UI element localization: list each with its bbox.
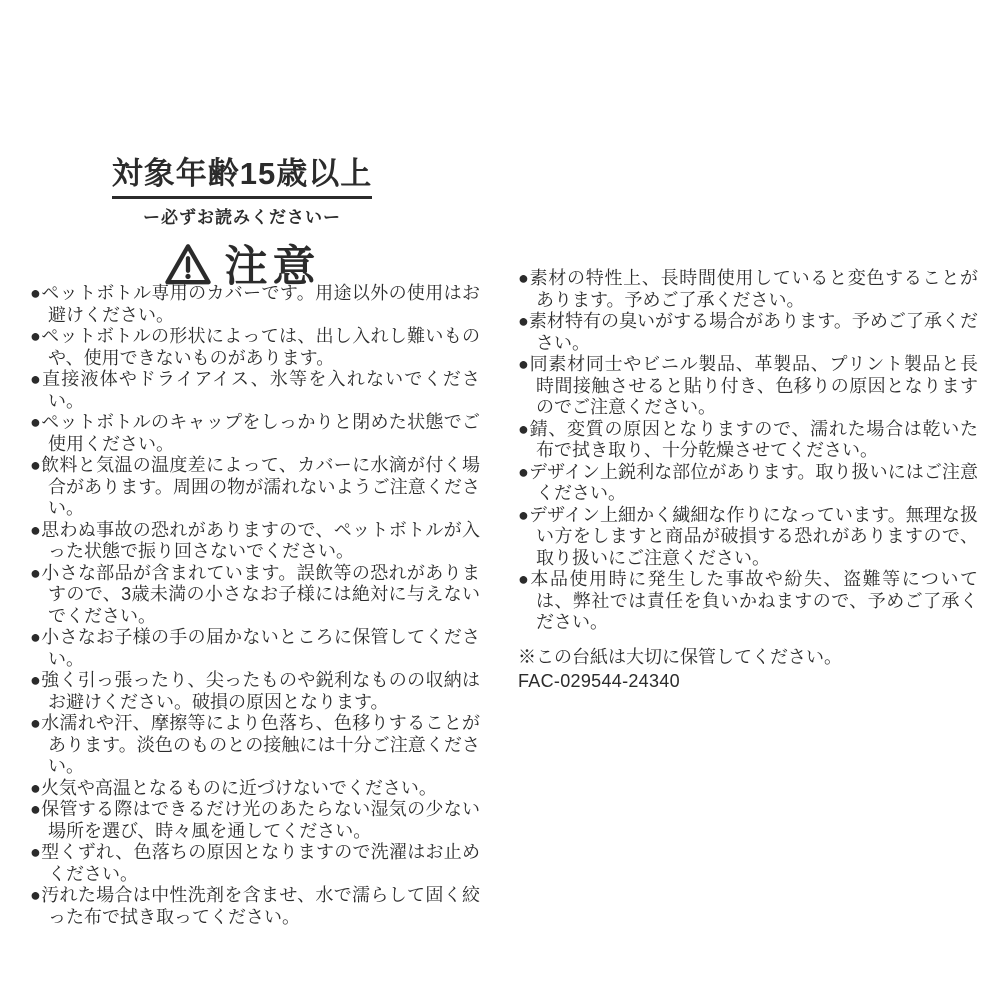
caution-item: ●素材特有の臭いがする場合があります。予めご了承ください。 [518, 311, 978, 354]
caution-item: ●錆、変質の原因となりますので、濡れた場合は乾いた布で拭き取り、十分乾燥させてく… [518, 419, 978, 462]
caution-item: ●デザイン上鋭利な部位があります。取り扱いにはご注意ください。 [518, 462, 978, 505]
caution-item: ●思わぬ事故の恐れがありますので、ペットボトルが入った状態で振り回さないでくださ… [30, 520, 480, 563]
caution-item: ●同素材同士やビニル製品、革製品、プリント製品と長時間接触させると貼り付き、色移… [518, 354, 978, 419]
product-code: FAC-029544-24340 [518, 671, 978, 693]
caution-item: ●ペットボトル専用のカバーです。用途以外の使用はお避けください。 [30, 283, 480, 326]
caution-item: ●小さなお子様の手の届かないところに保管してください。 [30, 627, 480, 670]
keep-card-note: ※この台紙は大切に保管してください。 [518, 647, 978, 669]
caution-list-left: ●ペットボトル専用のカバーです。用途以外の使用はお避けください。 ●ペットボトル… [30, 283, 480, 928]
header: 対象年齢15歳以上 ー必ずお読みくださいー 注意 [82, 148, 402, 294]
caution-item: ●デザイン上細かく繊細な作りになっています。無理な扱い方をしますと商品が破損する… [518, 505, 978, 570]
caution-item: ●小さな部品が含まれています。誤飲等の恐れがありますので、3歳未満の小さなお子様… [30, 563, 480, 628]
left-column: ●ペットボトル専用のカバーです。用途以外の使用はお避けください。 ●ペットボトル… [30, 283, 480, 928]
caution-list-right: ●素材の特性上、長時間使用していると変色することがあります。予めご了承ください。… [518, 268, 978, 634]
caution-item: ●飲料と気温の温度差によって、カバーに水滴が付く場合があります。周囲の物が濡れな… [30, 455, 480, 520]
caution-item: ●汚れた場合は中性洗剤を含ませ、水で濡らして固く絞った布で拭き取ってください。 [30, 885, 480, 928]
age-restriction-title: 対象年齢15歳以上 [112, 148, 372, 199]
caution-item: ●素材の特性上、長時間使用していると変色することがあります。予めご了承ください。 [518, 268, 978, 311]
read-instruction-subtitle: ー必ずお読みくださいー [82, 203, 402, 228]
caution-item: ●直接液体やドライアイス、氷等を入れないでください。 [30, 369, 480, 412]
caution-item: ●保管する際はできるだけ光のあたらない湿気の少ない場所を選び、時々風を通してくだ… [30, 799, 480, 842]
caution-item: ●型くずれ、色落ちの原因となりますので洗濯はお止めください。 [30, 842, 480, 885]
footer: ※この台紙は大切に保管してください。 FAC-029544-24340 [518, 647, 978, 693]
caution-item: ●火気や高温となるものに近づけないでください。 [30, 778, 480, 800]
caution-card: { "page": { "background": "#ffffff", "te… [0, 0, 1000, 1000]
right-column: ●素材の特性上、長時間使用していると変色することがあります。予めご了承ください。… [518, 268, 978, 693]
caution-item: ●本品使用時に発生した事故や紛失、盗難等については、弊社では責任を負いかねますの… [518, 569, 978, 634]
caution-item: ●水濡れや汗、摩擦等により色落ち、色移りすることがあります。淡色のものとの接触に… [30, 713, 480, 778]
caution-item: ●ペットボトルのキャップをしっかりと閉めた状態でご使用ください。 [30, 412, 480, 455]
caution-item: ●強く引っ張ったり、尖ったものや鋭利なものの収納はお避けください。破損の原因とな… [30, 670, 480, 713]
warning-triangle-icon [164, 242, 212, 286]
caution-item: ●ペットボトルの形状によっては、出し入れし難いものや、使用できないものがあります… [30, 326, 480, 369]
